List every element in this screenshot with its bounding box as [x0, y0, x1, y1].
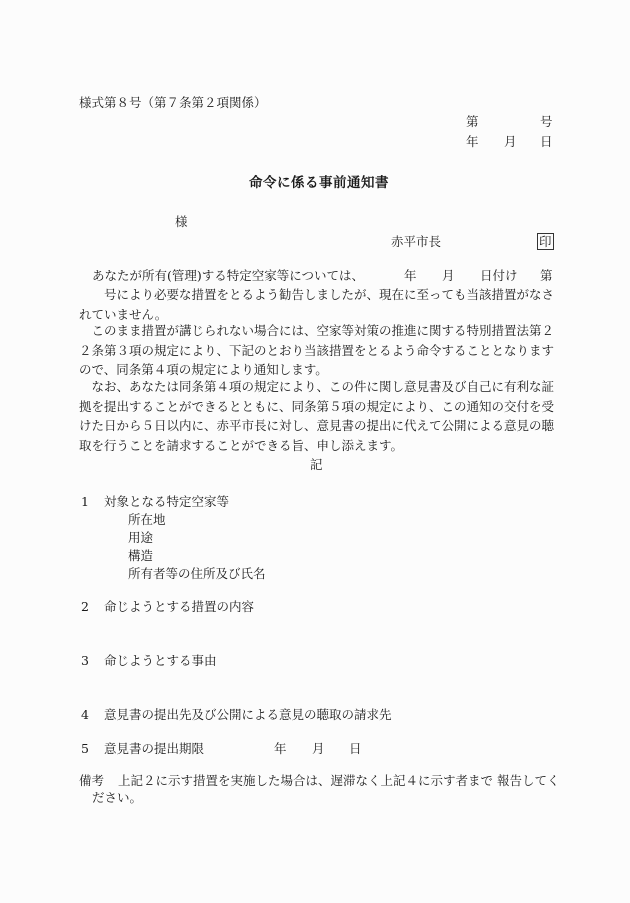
- body-p1-dai: 第: [540, 268, 553, 284]
- ki-heading: 記: [310, 457, 323, 473]
- item-5-year: 年: [274, 741, 287, 757]
- document-title: 命令に係る事前通知書: [249, 175, 389, 191]
- body-p1-year: 年: [404, 268, 417, 284]
- remarks-line2: ださい。: [92, 790, 142, 806]
- body-p1-day: 日付け: [480, 268, 518, 284]
- item-1-sub-use: 用途: [128, 530, 153, 546]
- doc-date-year: 年: [466, 134, 479, 150]
- item-1-sub-location: 所在地: [128, 512, 166, 528]
- item-2-label: 命じようとする措置の内容: [104, 599, 254, 615]
- issuer-name: 赤平市長: [391, 234, 441, 250]
- item-1-label: 対象となる特定空家等: [104, 494, 229, 510]
- item-1-number: 1: [81, 494, 89, 510]
- item-4-label: 意見書の提出先及び公開による意見の聴取の請求先: [104, 707, 392, 723]
- item-3-label: 命じようとする事由: [104, 653, 217, 669]
- body-p1-rest: 号により必要な措置をとるよう勧告しましたが、現在に至っても当該措置がなされていま…: [79, 285, 554, 324]
- item-5-day: 日: [349, 741, 362, 757]
- doc-date-day: 日: [540, 134, 553, 150]
- remarks-label: 備考: [79, 773, 104, 789]
- item-2-number: 2: [81, 599, 89, 615]
- item-5-number: 5: [81, 741, 89, 757]
- body-p2: このまま措置が講じられない場合には、空家等対策の推進に関する特別措置法第２２条第…: [79, 321, 554, 380]
- form-number: 様式第８号（第７条第２項関係）: [79, 95, 267, 111]
- body-p3: なお、あなたは同条第４項の規定により、この件に関し意見書及び自己に有利な証拠を提…: [79, 377, 554, 455]
- item-1-sub-structure: 構造: [128, 548, 153, 564]
- doc-number-suffix: 号: [540, 114, 553, 130]
- remarks-line1: 上記２に示す措置を実施した場合は、遅滞なく上記４に示す者まで 報告してく: [118, 773, 559, 789]
- item-5-month: 月: [312, 741, 325, 757]
- item-5-label: 意見書の提出期限: [104, 741, 204, 757]
- doc-date-month: 月: [504, 134, 517, 150]
- addressee-suffix: 様: [175, 214, 188, 230]
- body-p1-month: 月: [442, 268, 455, 284]
- item-3-number: 3: [81, 653, 89, 669]
- seal-mark: 印: [537, 233, 554, 250]
- body-p1-line1a: あなたが所有(管理)する特定空家等については、: [92, 268, 364, 284]
- doc-number-prefix: 第: [466, 114, 479, 130]
- seal-icon: 印: [537, 233, 554, 250]
- item-1-sub-owner: 所有者等の住所及び氏名: [128, 566, 266, 582]
- item-4-number: 4: [81, 707, 89, 723]
